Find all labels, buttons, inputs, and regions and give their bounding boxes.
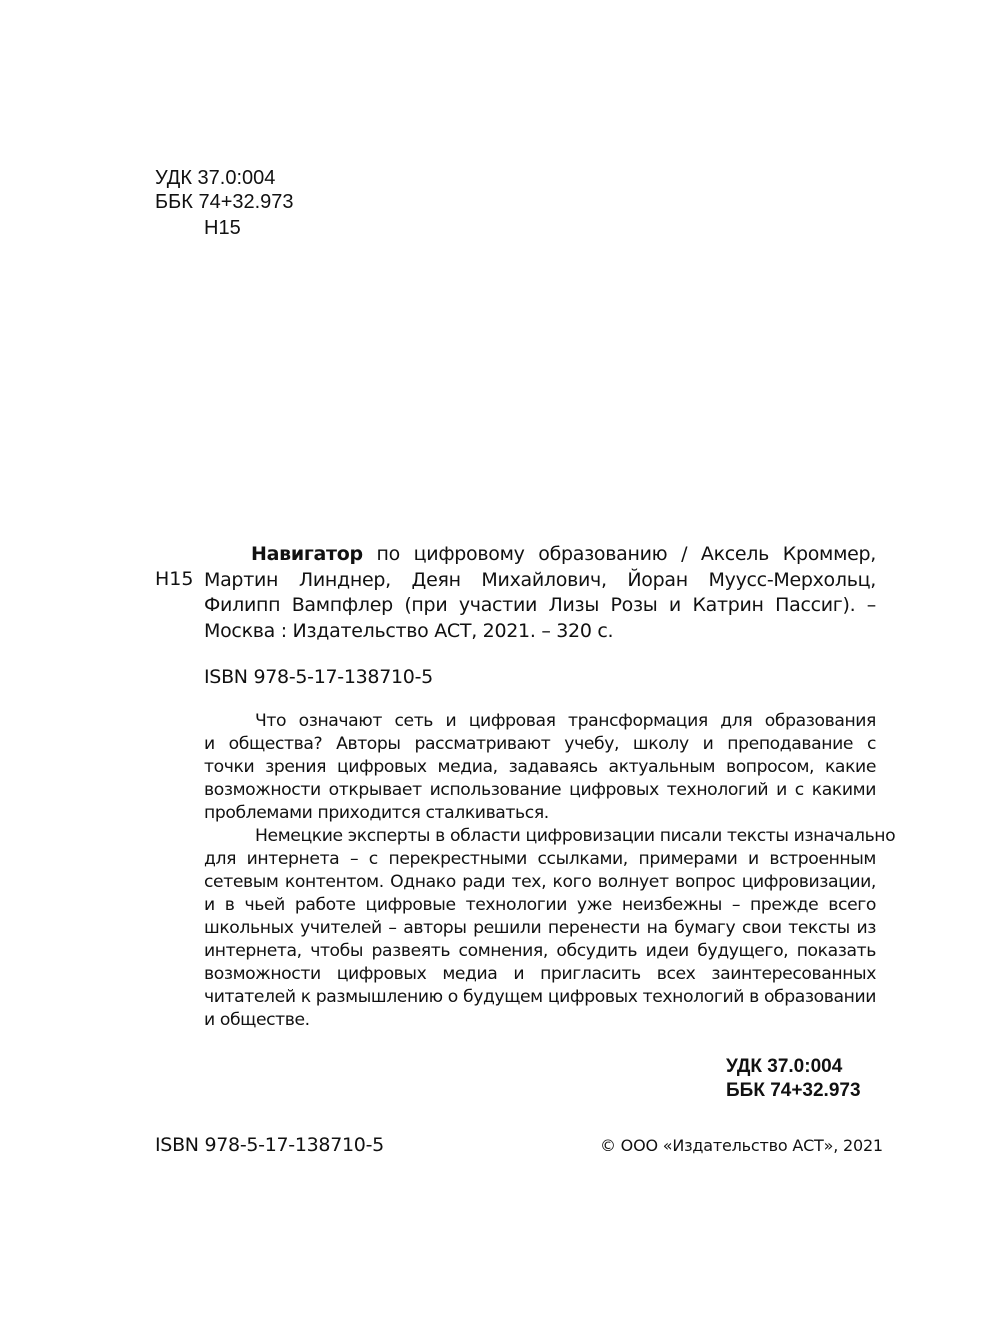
annotation-line: Немецкие эксперты в области цифровизации… [204,825,876,848]
bbk-code: ББК 74+32.973 [155,190,294,214]
udk-code: УДК 37.0:004 [155,166,275,190]
biblio-line: Филипп Вампфлер (при участии Лизы Розы и… [204,593,876,619]
biblio-line-text: по цифровому образованию / Аксель Кромме… [363,543,876,565]
annotation-line: точки зрения цифровых медиа, задаваясь а… [204,756,876,779]
annotation-line: сетевым контентом. Однако ради тех, кого… [204,871,876,894]
bibliographic-description: Навигатор по цифровому образованию / Акс… [204,542,876,644]
biblio-line: Мартин Линднер, Деян Михайлович, Йоран М… [204,568,876,594]
isbn-entry: ISBN 978-5-17-138710-5 [204,665,433,689]
footer-bbk-code: ББК 74+32.973 [726,1079,861,1103]
book-title: Навигатор [251,543,363,565]
annotation: Что означают сеть и цифровая трансформац… [204,710,876,1032]
annotation-line: возможности открывает использование цифр… [204,779,876,802]
annotation-line: школьных учителей – авторы решили перене… [204,917,876,940]
footer-udk-code: УДК 37.0:004 [726,1055,842,1079]
author-mark: Н15 [204,216,241,240]
annotation-line: и общества? Авторы рассматривают учебу, … [204,733,876,756]
biblio-line: Навигатор по цифровому образованию / Акс… [204,542,876,568]
biblio-line: Москва : Издательство АСТ, 2021. – 320 с… [204,619,876,645]
annotation-line: Что означают сеть и цифровая трансформац… [204,710,876,733]
footer-isbn: ISBN 978-5-17-138710-5 [155,1133,384,1157]
annotation-line: для интернета – с перекрестными ссылками… [204,848,876,871]
copyright-notice: © ООО «Издательство АСТ», 2021 [600,1135,883,1157]
annotation-line: интернета, чтобы развеять сомнения, обсу… [204,940,876,963]
biblio-author-mark: Н15 [155,567,193,592]
annotation-paragraph: Что означают сеть и цифровая трансформац… [204,710,876,825]
annotation-paragraph: Немецкие эксперты в области цифровизации… [204,825,876,1032]
annotation-line: возможности цифровых медиа и пригласить … [204,963,876,986]
annotation-line: и обществе. [204,1009,876,1032]
annotation-line: проблемами приходится сталкиваться. [204,802,876,825]
annotation-line: и в чьей работе цифровые технологии уже … [204,894,876,917]
annotation-line: читателей к размышлению о будущем цифров… [204,986,876,1009]
